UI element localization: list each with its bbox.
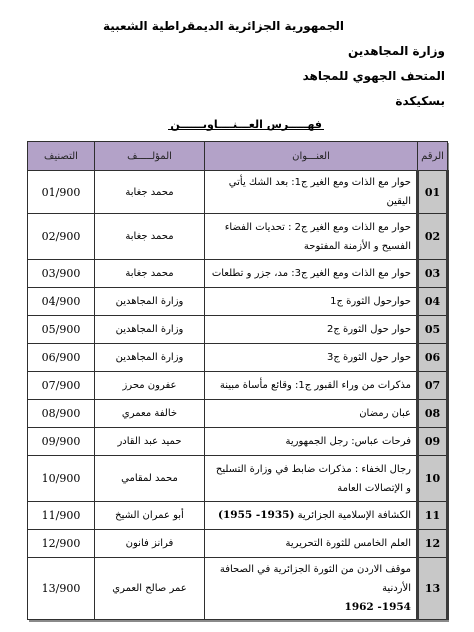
row-title: موقف الاردن من الثورة الجزائرية في الصحا…	[205, 558, 418, 620]
row-title: حوار حول الثورة ج2	[205, 316, 418, 344]
ministry-heading: وزارة المجاهدين	[348, 44, 445, 58]
row-number: 05	[418, 316, 448, 344]
row-author: عفرون محرز	[95, 372, 205, 400]
row-classification: 12/900	[28, 530, 95, 558]
row-author: محمد جغابة	[95, 171, 205, 214]
row-title: حوار مع الذات ومع الغير ج3: مد، جزر و تط…	[205, 260, 418, 288]
row-classification: 08/900	[28, 400, 95, 428]
row-title: رجال الخفاء : مذكرات ضابط في وزارة التسل…	[205, 456, 418, 502]
row-number: 04	[418, 288, 448, 316]
row-classification: 11/900	[28, 502, 95, 530]
column-header-author: المؤلـــــف	[95, 142, 205, 171]
row-author: محمد جغابة	[95, 214, 205, 260]
column-header-title: العنـــوان	[205, 142, 418, 171]
row-number: 02	[418, 214, 448, 260]
row-title-years: 1954- 1962	[345, 601, 411, 613]
row-classification: 04/900	[28, 288, 95, 316]
row-title: العلم الخامس للثورة التحريرية	[205, 530, 418, 558]
row-title: فرحات عباس: رجل الجمهورية	[205, 428, 418, 456]
row-classification: 09/900	[28, 428, 95, 456]
row-title: حوارحول الثورة ج1	[205, 288, 418, 316]
row-author: وزارة المجاهدين	[95, 316, 205, 344]
index-title: فهـــــرس العـــنــــاويــــــن	[168, 118, 324, 131]
row-title: عبان رمضان	[205, 400, 418, 428]
row-title-years: (1935- 1955)	[218, 509, 294, 521]
row-author: محمد جغابة	[95, 260, 205, 288]
table-row: 01 حوار مع الذات ومع الغير ج1: بعد الشك …	[28, 171, 448, 214]
row-author: وزارة المجاهدين	[95, 288, 205, 316]
row-classification: 06/900	[28, 344, 95, 372]
row-number: 11	[418, 502, 448, 530]
row-number: 08	[418, 400, 448, 428]
titles-index-table: الرقم العنـــوان المؤلـــــف التصنيف 01 …	[27, 141, 447, 620]
column-header-classification: التصنيف	[28, 142, 95, 171]
museum-heading: المتحف الجهوي للمجاهد	[303, 69, 445, 83]
table-row: 08 عبان رمضان خالفة معمري 08/900	[28, 400, 448, 428]
row-title: الكشافة الإسلامية الجزائرية (1935- 1955)	[205, 502, 418, 530]
column-header-number: الرقم	[418, 142, 448, 171]
table-row: 03 حوار مع الذات ومع الغير ج3: مد، جزر و…	[28, 260, 448, 288]
row-number: 01	[418, 171, 448, 214]
table-row: 02 حوار مع الذات ومع الغير ج2 : تحديات ا…	[28, 214, 448, 260]
row-number: 12	[418, 530, 448, 558]
republic-heading: الجمهورية الجزائرية الديمقراطية الشعبية	[103, 19, 344, 33]
table-row: 04 حوارحول الثورة ج1 وزارة المجاهدين 04/…	[28, 288, 448, 316]
index-title-text: فهـــــرس العـــنــــاويــــــن	[168, 120, 324, 130]
row-author: وزارة المجاهدين	[95, 344, 205, 372]
table-row: 07 مذكرات من وراء القبور ج1: وقائع مأساة…	[28, 372, 448, 400]
row-title: مذكرات من وراء القبور ج1: وقائع مأساة مب…	[205, 372, 418, 400]
row-title: حوار حول الثورة ج3	[205, 344, 418, 372]
table-row: 10 رجال الخفاء : مذكرات ضابط في وزارة ال…	[28, 456, 448, 502]
row-number: 13	[418, 558, 448, 620]
row-number: 07	[418, 372, 448, 400]
row-title: حوار مع الذات ومع الغير ج2 : تحديات الفض…	[205, 214, 418, 260]
row-author: عمر صالح العمري	[95, 558, 205, 620]
table-row: 05 حوار حول الثورة ج2 وزارة المجاهدين 05…	[28, 316, 448, 344]
row-classification: 05/900	[28, 316, 95, 344]
table-header-row: الرقم العنـــوان المؤلـــــف التصنيف	[28, 142, 448, 171]
row-author: خالفة معمري	[95, 400, 205, 428]
row-author: أبو عمران الشيخ	[95, 502, 205, 530]
row-title-text: الكشافة الإسلامية الجزائرية	[298, 510, 411, 521]
row-classification: 13/900	[28, 558, 95, 620]
table-row: 06 حوار حول الثورة ج3 وزارة المجاهدين 06…	[28, 344, 448, 372]
row-number: 03	[418, 260, 448, 288]
row-title-text: موقف الاردن من الثورة الجزائرية في الصحا…	[220, 564, 411, 594]
table-row: 13 موقف الاردن من الثورة الجزائرية في ال…	[28, 558, 448, 620]
row-number: 10	[418, 456, 448, 502]
row-number: 09	[418, 428, 448, 456]
row-classification: 07/900	[28, 372, 95, 400]
table-row: 11 الكشافة الإسلامية الجزائرية (1935- 19…	[28, 502, 448, 530]
table-row: 12 العلم الخامس للثورة التحريرية فرانز ف…	[28, 530, 448, 558]
row-author: فرانز فانون	[95, 530, 205, 558]
row-classification: 10/900	[28, 456, 95, 502]
row-classification: 02/900	[28, 214, 95, 260]
row-title: حوار مع الذات ومع الغير ج1: بعد الشك يأت…	[205, 171, 418, 214]
table-row: 09 فرحات عباس: رجل الجمهورية حميد عبد ال…	[28, 428, 448, 456]
row-author: محمد لمقامي	[95, 456, 205, 502]
row-number: 06	[418, 344, 448, 372]
row-classification: 03/900	[28, 260, 95, 288]
city-heading: بسكيكدة	[395, 94, 445, 108]
row-classification: 01/900	[28, 171, 95, 214]
row-author: حميد عبد القادر	[95, 428, 205, 456]
